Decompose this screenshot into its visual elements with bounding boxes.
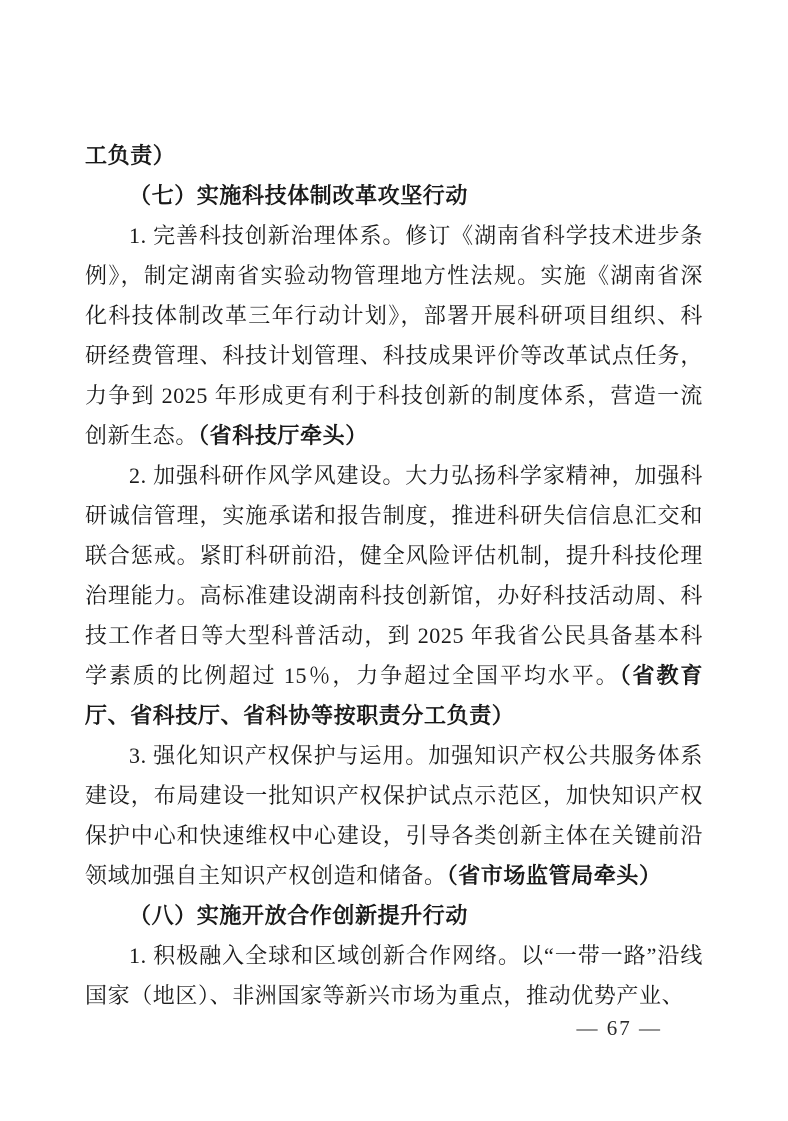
text-segment: 工负责） — [85, 143, 175, 168]
section-heading-8: （八）实施开放合作创新提升行动 — [85, 896, 703, 936]
text-segment: 1. 积极融入全球和区域创新合作网络。以“一带一路”沿线国家（地区）、非洲国家等… — [85, 943, 703, 1008]
page-number: — 67 — — [577, 1016, 663, 1040]
text-segment: 1. 完善科技创新治理体系。修订《湖南省科学技术进步条例》，制定湖南省实验动物管… — [85, 223, 703, 448]
paragraph-item-4: 1. 积极融入全球和区域创新合作网络。以“一带一路”沿线国家（地区）、非洲国家等… — [85, 936, 703, 1016]
responsible-agency-note: （省科技厅牵头） — [198, 423, 368, 448]
page-footer: — 67 — — [577, 1008, 663, 1048]
paragraph-item-3: 3. 强化知识产权保护与运用。加强知识产权公共服务体系建设，布局建设一批知识产权… — [85, 736, 703, 896]
text-segment: 2. 加强科研作风学风建设。大力弘扬科学家精神，加强科研诚信管理，实施承诺和报告… — [85, 463, 703, 688]
section-heading-7: （七）实施科技体制改革攻坚行动 — [85, 176, 703, 216]
heading-text: （八）实施开放合作创新提升行动 — [129, 903, 468, 928]
paragraph-item-2: 2. 加强科研作风学风建设。大力弘扬科学家精神，加强科研诚信管理，实施承诺和报告… — [85, 456, 703, 736]
paragraph-item-1: 1. 完善科技创新治理体系。修订《湖南省科学技术进步条例》，制定湖南省实验动物管… — [85, 216, 703, 456]
document-body: 工负责） （七）实施科技体制改革攻坚行动 1. 完善科技创新治理体系。修订《湖南… — [85, 136, 703, 1016]
paragraph-continuation: 工负责） — [85, 136, 703, 176]
document-page: 工负责） （七）实施科技体制改革攻坚行动 1. 完善科技创新治理体系。修订《湖南… — [0, 0, 788, 1121]
heading-text: （七）实施科技体制改革攻坚行动 — [129, 183, 468, 208]
responsible-agency-note: （省市场监管局牵头） — [447, 863, 662, 888]
